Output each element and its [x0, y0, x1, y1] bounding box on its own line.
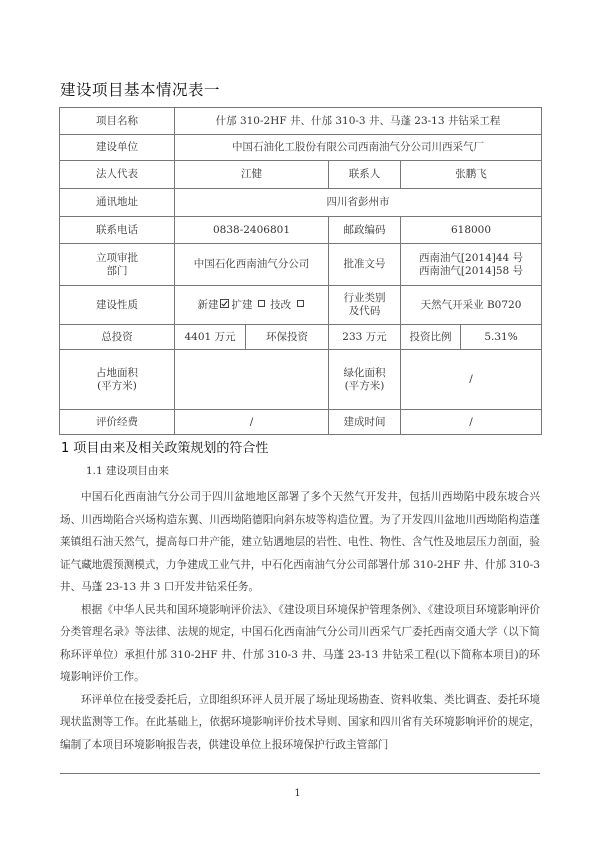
label-cell: 建设单位 — [60, 135, 175, 161]
label-cell: 行业类别 及代码 — [329, 286, 401, 325]
table-row: 总投资 4401 万元 环保投资 233 万元 投资比例 5.31% — [60, 325, 542, 350]
label-cell: 总投资 — [60, 325, 175, 350]
table-row: 通讯地址 四川省彭州市 — [60, 189, 542, 217]
label-cell: 建设性质 — [60, 286, 175, 325]
paragraph: 环评单位在接受委托后，立即组织环评人员开展了场址现场勘查、资料收集、类比调查、委… — [60, 689, 540, 757]
ratio-value: 5.31% — [461, 325, 542, 350]
label-cell: 通讯地址 — [60, 189, 175, 217]
land-area-value — [175, 350, 329, 410]
label-cell: 环保投资 — [246, 325, 329, 350]
opt-reform-label: 技改 — [270, 299, 291, 311]
table-row: 评价经费 / 建成时间 / — [60, 410, 542, 435]
checkbox-checked-icon — [220, 299, 229, 308]
table-row: 法人代表 江健 联系人 张鹏飞 — [60, 161, 542, 189]
body-text: 中国石化西南油气分公司于四川盆地地区部署了多个天然气开发井，包括川西坳陷中段东坡… — [60, 486, 540, 756]
env-investment-value: 233 万元 — [329, 325, 401, 350]
label-cell: 法人代表 — [60, 161, 175, 189]
construction-unit-value: 中国石油化工股份有限公司西南油气分公司川西采气厂 — [175, 135, 542, 161]
label-cell: 联系电话 — [60, 217, 175, 244]
label-line: 及代码 — [331, 305, 398, 318]
label-cell: 建成时间 — [329, 410, 401, 435]
table-row: 项目名称 什邡 310-2HF 井、什邡 310-3 井、马蓬 23-13 井钻… — [60, 108, 542, 135]
address-value: 四川省彭州市 — [175, 189, 542, 217]
label-line: 行业类别 — [331, 292, 398, 305]
checkbox-icon — [297, 300, 304, 307]
label-cell: 项目名称 — [60, 108, 175, 135]
table-row: 立项审批 部门 中国石化西南油气分公司 批准文号 西南油气[2014]44 号 … — [60, 244, 542, 286]
section-heading: 1 项目由来及相关政策规划的符合性 — [61, 437, 268, 456]
table-row: 联系电话 0838-2406801 邮政编码 618000 — [60, 217, 542, 244]
legal-rep-value: 江健 — [175, 161, 329, 189]
table-row: 占地面积 (平方米) 绿化面积 (平方米) / — [60, 350, 542, 410]
project-info-table: 项目名称 什邡 310-2HF 井、什邡 310-3 井、马蓬 23-13 井钻… — [59, 107, 542, 435]
label-cell: 占地面积 (平方米) — [60, 350, 175, 410]
label-cell: 投资比例 — [401, 325, 461, 350]
label-cell: 评价经费 — [60, 410, 175, 435]
nature-options: 新建扩建 技改 — [175, 286, 329, 325]
total-investment-value: 4401 万元 — [175, 325, 246, 350]
label-cell: 立项审批 部门 — [60, 244, 175, 286]
paragraph: 中国石化西南油气分公司于四川盆地地区部署了多个天然气开发井，包括川西坳陷中段东坡… — [60, 486, 540, 599]
doc-line: 西南油气[2014]58 号 — [403, 265, 539, 278]
table-row: 建设性质 新建扩建 技改 行业类别 及代码 天然气开采业 B0720 — [60, 286, 542, 325]
label-cell: 批准文号 — [329, 244, 401, 286]
approval-dept-value: 中国石化西南油气分公司 — [175, 244, 329, 286]
document-title: 建设项目基本情况表一 — [60, 78, 220, 100]
label-line: (平方米) — [62, 380, 172, 393]
label-line: 绿化面积 — [331, 367, 398, 380]
postal-value: 618000 — [401, 217, 542, 244]
doc-line: 西南油气[2014]44 号 — [403, 252, 539, 265]
green-area-value: / — [401, 350, 542, 410]
label-line: 部门 — [62, 265, 172, 278]
subsection-heading: 1.1 建设项目由来 — [86, 463, 169, 478]
table-row: 建设单位 中国石油化工股份有限公司西南油气分公司川西采气厂 — [60, 135, 542, 161]
industry-value: 天然气开采业 B0720 — [401, 286, 542, 325]
footer-divider — [60, 773, 540, 774]
completion-value: / — [401, 410, 542, 435]
paragraph: 根据《中华人民共和国环境影响评价法》、《建设项目环境保护管理条例》、《建设项目环… — [60, 599, 540, 689]
phone-value: 0838-2406801 — [175, 217, 329, 244]
label-cell: 邮政编码 — [329, 217, 401, 244]
opt-expand-label: 扩建 — [231, 299, 252, 311]
project-name-value: 什邡 310-2HF 井、什邡 310-3 井、马蓬 23-13 井钻采工程 — [175, 108, 542, 135]
label-line: (平方米) — [331, 380, 398, 393]
contact-value: 张鹏飞 — [401, 161, 542, 189]
approval-doc-value: 西南油气[2014]44 号 西南油气[2014]58 号 — [401, 244, 542, 286]
eval-fee-value: / — [175, 410, 329, 435]
label-cell: 联系人 — [329, 161, 401, 189]
label-line: 占地面积 — [62, 367, 172, 380]
opt-new-label: 新建 — [197, 299, 218, 311]
label-line: 立项审批 — [62, 252, 172, 265]
page-number: 1 — [0, 788, 595, 799]
checkbox-icon — [258, 300, 265, 307]
label-cell: 绿化面积 (平方米) — [329, 350, 401, 410]
